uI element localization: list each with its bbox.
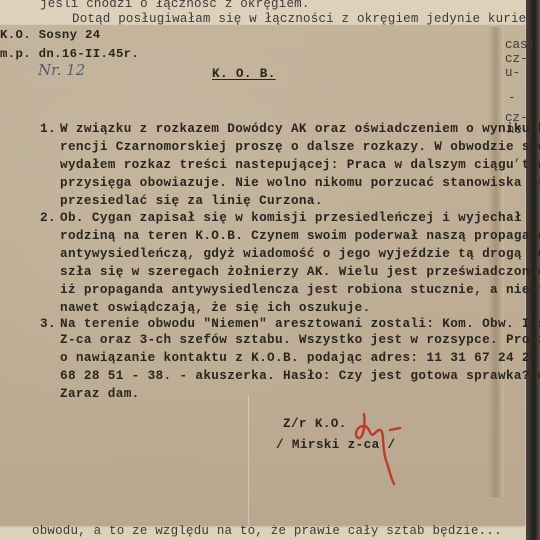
fold-crease [248, 395, 249, 525]
paragraph-line: antywysiedleńczą, gdyż wiadomość o jego … [60, 246, 540, 261]
paragraph-number: 1. [40, 121, 56, 136]
red-ink-signature-icon [342, 408, 412, 488]
margin-fragment: cz- [505, 52, 528, 66]
paragraph-line: rodziną na teren K.O.B. Czynem swoim pod… [60, 228, 540, 243]
fold-shadow [488, 27, 504, 497]
handwritten-number: Nr. 12 [38, 61, 85, 79]
paragraph-line: Z-ca oraz 3-ch szefów sztabu. Wszystko j… [60, 332, 540, 347]
paragraph-line: W związku z rozkazem Dowódcy AK oraz ośw… [60, 121, 540, 136]
underlying-text-line: Dotąd posługiwałam się w łączności z okr… [72, 12, 540, 26]
paragraph-line: przesiedlać się za linię Curzona. [60, 193, 323, 208]
paragraph-line: wydałem rozkaz treści nastepującej: Prac… [60, 157, 540, 172]
paragraph-line: szła się w szeregach żołnierzy AK. Wielu… [60, 264, 540, 279]
margin-fragment: cas- [505, 38, 535, 52]
paragraph-line: Zaraz dam. [60, 386, 140, 401]
margin-fragment: u- [505, 66, 520, 80]
paragraph-number: 3. [40, 316, 56, 331]
paragraph-line: Ob. Cygan zapisał się w komisji przesied… [60, 210, 540, 225]
paragraph-line: iż propaganda antywysiedlencza jest robi… [60, 282, 540, 297]
paragraph-line: Na terenie obwodu "Niemen" aresztowani z… [60, 316, 540, 331]
document-title: K. O. B. [212, 66, 276, 81]
unit-designation: K.O. Sosny 24 [0, 28, 100, 42]
paragraph-number: 2. [40, 210, 56, 225]
paragraph-line: przysięga obowiazuje. Nie wolno nikomu p… [60, 175, 540, 190]
margin-fragment: - [508, 91, 516, 105]
paragraph-line: 68 28 51 - 38. - akuszerka. Hasło: Czy j… [60, 368, 540, 383]
paragraph-line: nawet oswiądczają, że się ich oszukuje. [60, 300, 371, 315]
paragraph-line: rencji Czarnomorskiej proszę o dalsze ro… [60, 139, 540, 154]
signature-line-1: Z/r K.O. [283, 416, 347, 431]
paragraph-line: o nawiązanie kontaktu z K.O.B. podając a… [60, 350, 540, 365]
place-date: m.p. dn.16-II.45r. [0, 47, 139, 61]
underlying-text-line: jeśli chodzi o łączność z okręgiem. [40, 0, 310, 11]
underlying-text-line: obwodu, a to ze względu na to, że prawie… [32, 524, 502, 538]
